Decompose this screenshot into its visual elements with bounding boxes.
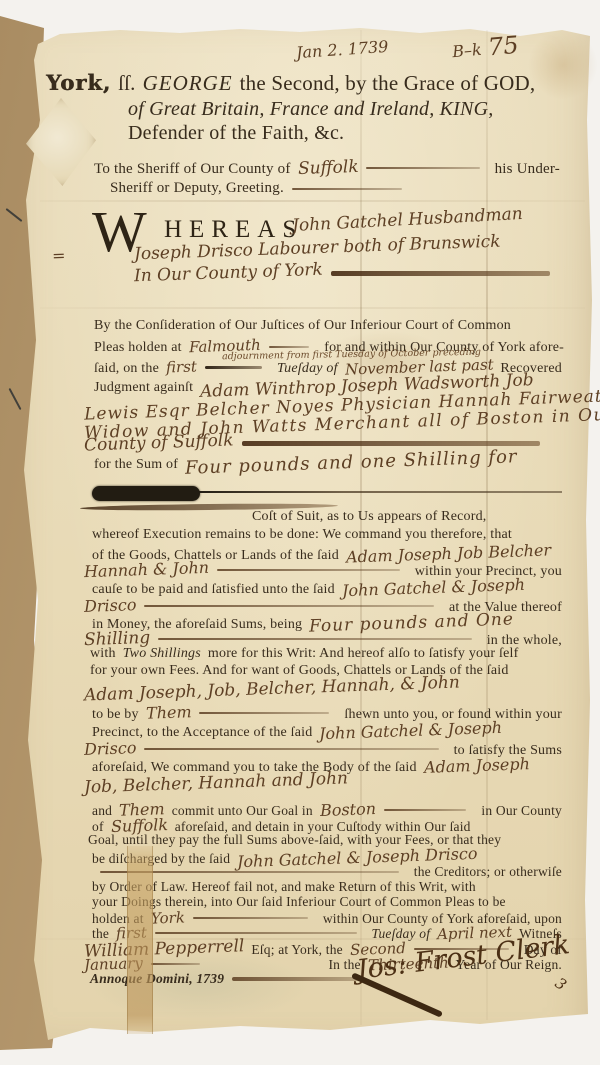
- command-c1-text: Coſt of Suit, as to Us appears of Record…: [252, 509, 487, 525]
- annotation-book: B–k 75: [451, 31, 519, 62]
- margin-mark-text: =: [52, 246, 66, 265]
- body3-line-5: the Creditors; or otherwiſe: [92, 864, 562, 880]
- flourish-rule: [232, 977, 362, 981]
- header-line1-rest: the Second, by the Grace of GOD,: [240, 71, 536, 96]
- header-george: GEORGE: [143, 71, 233, 96]
- flourish-rule: [193, 917, 308, 919]
- command-c2-text: whereof Execution remains to be done: We…: [92, 527, 512, 543]
- command-c9-post: more for this Writ: And hereof alſo to ſ…: [208, 646, 519, 662]
- body3-q5-text: the Creditors; or otherwiſe: [414, 864, 562, 880]
- recital-l3-pre: ſaid, on the: [94, 361, 159, 377]
- header-line2-text: of Great Britain, France and Ireland, KI…: [128, 98, 493, 121]
- scanned-writ-page: Jan 2. 1739 B–k 75 York, ſſ. GEORGE the …: [0, 0, 600, 1065]
- tape-repair: [127, 846, 153, 1034]
- flourish-rule: [292, 188, 402, 190]
- salutation-line-2: Sheriff or Deputy, Greeting.: [110, 180, 410, 197]
- body3-q7-text: your Doings therein, into Our ſaid Infer…: [92, 894, 506, 910]
- command-line-5: cauſe to be paid and ſatisfied unto the …: [92, 578, 525, 598]
- flourish-rule: [155, 932, 357, 934]
- body3-q1-post: in Our County: [481, 803, 562, 819]
- header-line-3: Defender of the Faith, &c.: [128, 122, 344, 145]
- flourish-rule: [205, 366, 262, 369]
- flourish-rule: [242, 441, 540, 446]
- salutation-pre: To the Sheriff of Our County of: [94, 161, 291, 178]
- whereas-hand3-text: In Our County of York: [134, 260, 323, 287]
- recital-l3-hand1: first: [166, 357, 198, 376]
- flourish-rule: [144, 605, 434, 607]
- margin-mark: =: [52, 246, 65, 265]
- command-line-1: Coſt of Suit, as to Us appears of Record…: [252, 509, 487, 525]
- salutation-post: his Under-: [495, 161, 560, 178]
- annotation-book-number: 75: [487, 31, 520, 62]
- salutation-line2-text: Sheriff or Deputy, Greeting.: [110, 180, 284, 197]
- fold-crease: [40, 307, 585, 309]
- recital-l1-text: By the Conſideration of Our Juſtices of …: [94, 318, 511, 334]
- flourish-rule: [366, 167, 479, 169]
- flourish-rule: [331, 271, 550, 276]
- flourish-rule: [151, 963, 201, 965]
- recital-l2-pre: Pleas holden at: [94, 340, 182, 356]
- header-line-1: York, ſſ. GEORGE the Second, by the Grac…: [46, 70, 535, 96]
- whereas-hand-1: John Gatchel Husbandman: [292, 210, 523, 230]
- body2-line-2: Precinct, to the Acceptance of the ſaid …: [92, 721, 502, 741]
- recital-line-8: for the Sum of Four pounds and one Shill…: [94, 452, 518, 473]
- whereas-hand-3: In Our County of York: [134, 263, 558, 283]
- recital-line-6: Widow and John Watts Merchant all of Bos…: [84, 414, 600, 434]
- recital-l3-mid: Tueſday of: [277, 361, 338, 377]
- header-ss: ſſ.: [118, 71, 136, 96]
- command-line-2: whereof Execution remains to be done: We…: [92, 527, 512, 543]
- flourish-rule: [158, 638, 472, 640]
- body3-line-7: your Doings therein, into Our ſaid Infer…: [92, 894, 506, 910]
- command-c9-italic: Two Shillings: [123, 646, 201, 662]
- header-line-2: of Great Britain, France and Ireland, KI…: [128, 98, 493, 121]
- body2-p1-hand: Them: [145, 702, 191, 723]
- flourish-rule: [269, 346, 310, 348]
- annotation-date: Jan 2. 1739: [296, 38, 389, 60]
- command-c9-pre: with: [90, 646, 116, 662]
- recital-l8-pre: for the Sum of: [94, 457, 178, 473]
- header-county: York,: [46, 70, 111, 95]
- body2-line-5: Job, Belcher, Hannah and John: [84, 773, 360, 793]
- header-line3-text: Defender of the Faith, &c.: [128, 122, 344, 145]
- flourish-rule: [217, 569, 400, 571]
- recital-line-1: By the Conſideration of Our Juſtices of …: [94, 318, 511, 334]
- salutation-line-1: To the Sheriff of Our County of Suffolk …: [94, 158, 560, 178]
- annotation-book-label: B–k: [451, 40, 482, 61]
- ink-blot-tail-line: [198, 491, 562, 493]
- flourish-rule: [144, 748, 438, 750]
- body2-p4-hand: Adam Joseph: [423, 754, 529, 777]
- whereas-hand-2: Joseph Drisco Labourer both of Brunswick: [134, 238, 501, 258]
- salutation-county-hand: Suffolk: [297, 157, 358, 179]
- flourish-rule: [199, 712, 329, 714]
- ink-blot: [92, 486, 200, 501]
- command-line-9: with Two Shillings more for this Writ: A…: [90, 646, 518, 662]
- recital-l4-pre: Judgment againſt: [94, 380, 193, 396]
- annoque-domini-text: Annoque Domini, 1739: [90, 971, 224, 987]
- command-line-11: Adam Joseph, Job, Belcher, Hannah, & Joh…: [84, 679, 470, 699]
- flourish-rule: [384, 809, 467, 811]
